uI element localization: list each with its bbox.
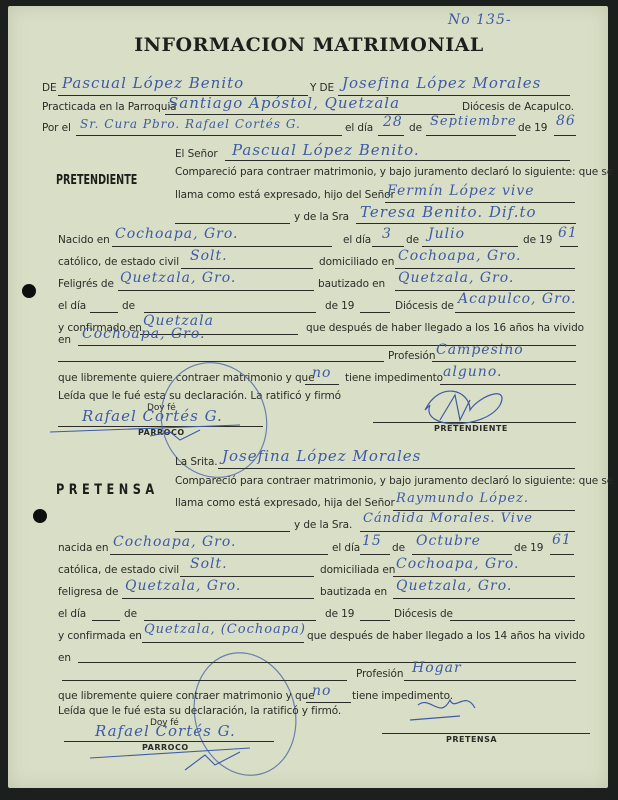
bautizada-line [393, 598, 575, 599]
bautizada-field[interactable]: Quetzala, Gro. [396, 578, 512, 594]
bautizada-label: bautizada en [320, 586, 387, 598]
parroco-label: PARROCO [142, 743, 189, 752]
profesion-blank-line [62, 680, 347, 681]
nacida-label: nacida en [58, 542, 108, 554]
section-pretensa: PRETENSA [56, 482, 159, 498]
compare-text: Compareció para contraer matrimonio, y b… [175, 475, 613, 487]
confirmada-line [142, 642, 304, 643]
nacida-line [110, 554, 328, 555]
profesion-line [404, 680, 576, 681]
feligresa-line [122, 598, 314, 599]
pretensa-label: PRETENSA [446, 735, 497, 744]
anio-field[interactable]: 61 [552, 532, 572, 548]
el-dia-label: el día [332, 542, 360, 554]
nacida-field[interactable]: Cochoapa, Gro. [113, 534, 237, 550]
domiciliada-field[interactable]: Cochoapa, Gro. [396, 556, 520, 572]
bride-full-name-field[interactable]: Josefina López Morales [222, 447, 421, 465]
bautismo-19-label: de 19 [325, 608, 354, 620]
profesion-field[interactable]: Hogar [412, 660, 462, 676]
impedimento-neg-line [306, 702, 351, 703]
en-label: en [58, 652, 71, 664]
catolica-label: católica, de estado civil [58, 564, 179, 576]
madre-label: y de la Sra. [294, 519, 352, 531]
estado-civil-field[interactable]: Solt. [190, 556, 228, 572]
la-srita-label: La Srita. [175, 456, 218, 468]
diocesis-line [450, 620, 575, 621]
confirmada-field[interactable]: Quetzala, (Cochoapa) [144, 622, 306, 637]
pretensa-sig-line [382, 733, 590, 734]
impedimento-neg-field[interactable]: no [312, 683, 331, 699]
vivido-line [78, 662, 576, 663]
bautismo-dia-label: el día [58, 608, 86, 620]
padre-field[interactable]: Raymundo López. [396, 491, 529, 506]
confirmada-label: y confirmada en [58, 630, 142, 642]
feligresa-label: feligresa de [58, 586, 118, 598]
madre-line [360, 531, 575, 532]
bautismo-mes-line [144, 620, 316, 621]
bautismo-de-label: de [124, 608, 137, 620]
anio-line [550, 554, 574, 555]
de-19-label: de 19 [514, 542, 543, 554]
bautismo-dia-line [92, 620, 120, 621]
parroco-sig-line [64, 741, 274, 742]
de-label: de [392, 542, 405, 554]
madre-field[interactable]: Cándida Morales. Vive [363, 511, 533, 526]
la-srita-line [218, 468, 575, 469]
vivido-label: que después de haber llegado a los 14 añ… [307, 630, 585, 642]
dia-field[interactable]: 15 [362, 533, 382, 549]
hija-label: llama como está expresado, hija del Seño… [175, 497, 395, 509]
domiciliada-line [393, 576, 575, 577]
dia-line [360, 554, 390, 555]
leida-label: Leída que le fué esta su declaración, la… [58, 705, 341, 717]
madre-blank-line [175, 531, 290, 532]
mes-line [412, 554, 512, 555]
feligresa-field[interactable]: Quetzala, Gro. [125, 578, 241, 594]
domiciliada-label: domiciliada en [320, 564, 395, 576]
diocesis-label: Diócesis de [394, 608, 453, 620]
mes-field[interactable]: Octubre [416, 533, 481, 549]
parroco-signature: Rafael Cortés G. [95, 722, 236, 740]
libremente-label: que libremente quiere contraer matrimoni… [58, 690, 314, 702]
bautismo-anio-line [360, 620, 390, 621]
estado-civil-line [180, 576, 314, 577]
profesion-label: Profesión [356, 668, 403, 680]
impedimento-label: tiene impedimento. [352, 690, 453, 702]
